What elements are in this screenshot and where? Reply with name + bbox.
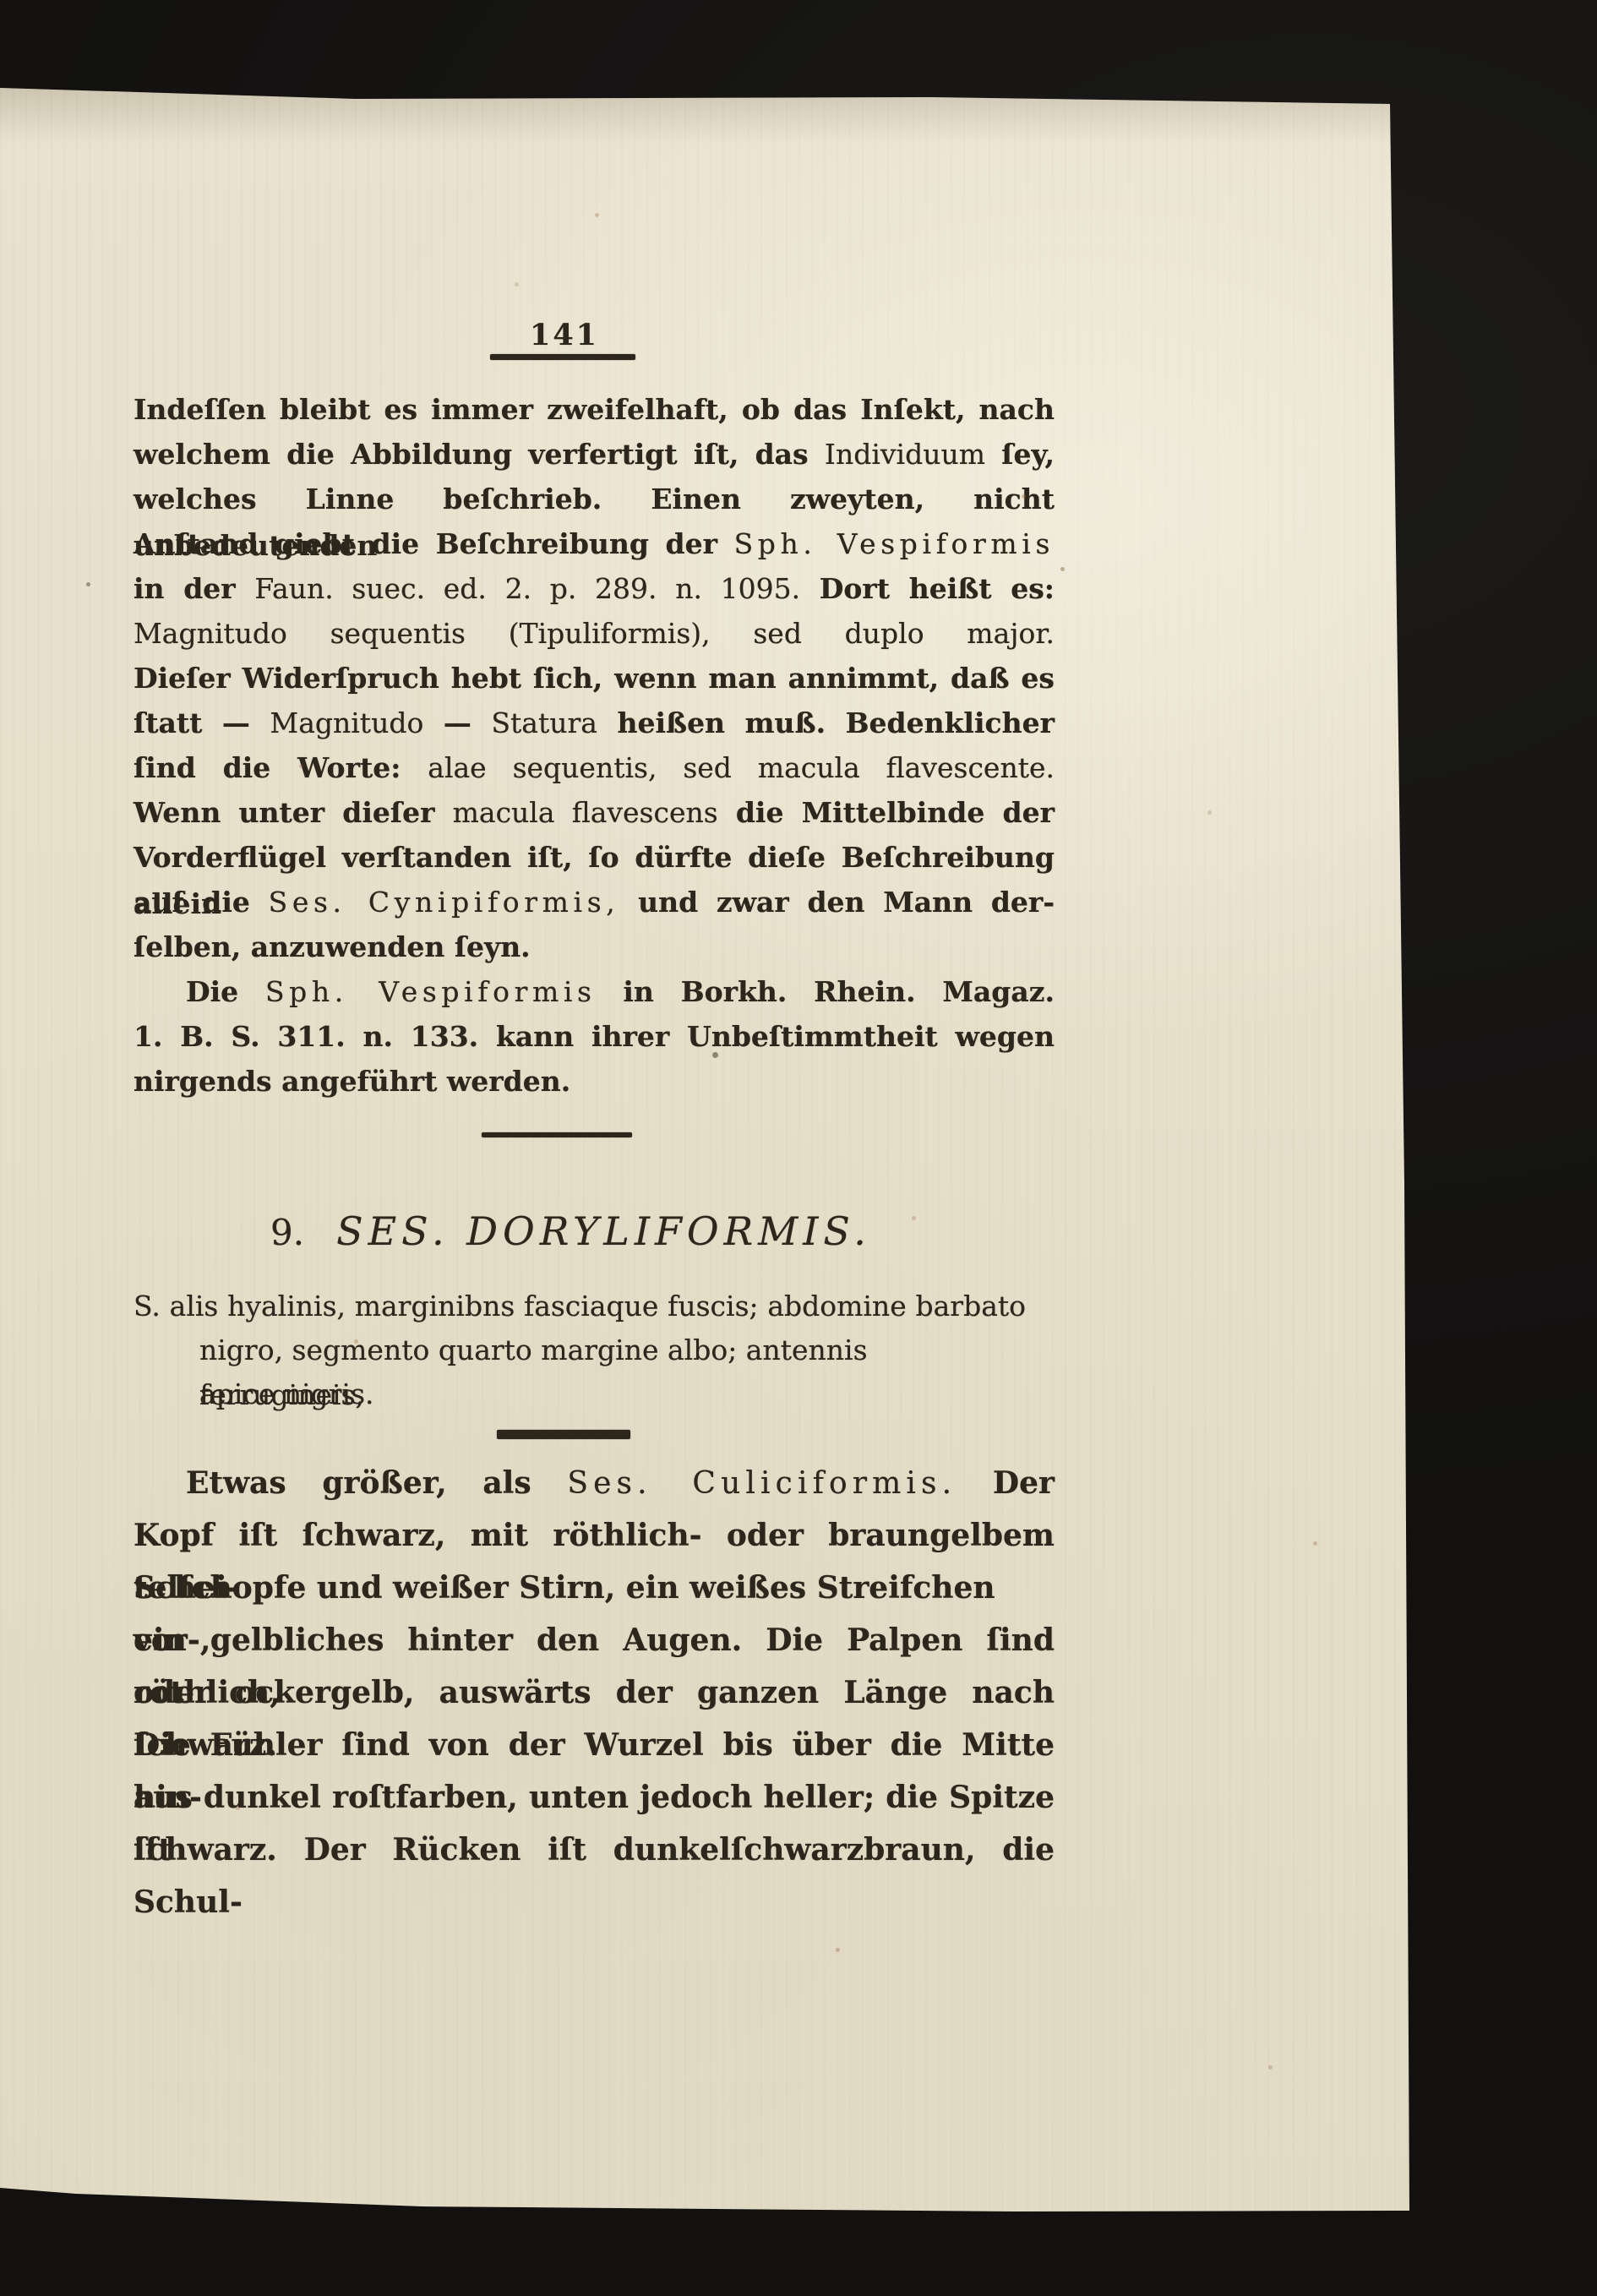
text-line: ſelben, anzuwenden ſeyn.: [134, 924, 1055, 969]
antiqua-text: Individuum: [825, 438, 985, 471]
fraktur-text: ſind die Worte:: [134, 751, 428, 784]
fraktur-text: nirgends angeführt werden.: [134, 1065, 570, 1098]
fraktur-text: Dort heißt es:: [800, 572, 1055, 605]
species-heading: 9. SES. DORYLIFORMIS.: [270, 1208, 871, 1254]
antiqua-text: alae sequentis, sed macula flavescente.: [428, 751, 1055, 784]
fraktur-text: Etwas größer, als: [186, 1465, 567, 1501]
fraktur-text: heißen muß. Bedenklicher: [597, 706, 1055, 739]
text-line: Vorderflügel verſtanden iſt, ſo dürfte d…: [134, 835, 1055, 880]
fraktur-text: ſchwarz. Der Rücken iſt dunkelſchwarzbra…: [134, 1832, 1055, 1920]
antiqua-text: Sph. Vespiformis: [734, 527, 1055, 560]
text-line: Kopf iſt ſchwarz, mit röthlich- oder bra…: [134, 1509, 1055, 1562]
antiqua-text: macula flavescens: [453, 796, 718, 829]
text-line: apice nigris.: [134, 1372, 1026, 1416]
antiqua-text: Magnitudo: [270, 706, 423, 739]
species-name: SES. DORYLIFORMIS.: [336, 1208, 871, 1254]
fraktur-text: in Borkh. Rhein. Magaz.: [597, 975, 1055, 1008]
page-number: 141: [530, 318, 599, 352]
text-line: auf die Ses. Cynipiformis, und zwar den …: [134, 880, 1055, 924]
antiqua-text: Magnitudo sequentis (Tipuliformis), sed …: [134, 617, 1055, 650]
latin-diagnosis: S. alis hyalinis, marginibns fasciaque f…: [134, 1284, 1026, 1416]
description-paragraph: Etwas größer, als Ses. Culiciformis. Der…: [134, 1457, 1055, 1876]
fraktur-text: Die: [186, 975, 265, 1008]
page-number-rule: [490, 354, 635, 360]
fraktur-text: ſelben, anzuwenden ſeyn.: [134, 930, 531, 963]
fraktur-text: welchem die Abbildung verfertigt iſt, da…: [134, 438, 825, 471]
scanned-book-photo: 141 Indeſſen bleibt es immer zweifelhaft…: [0, 0, 1597, 2296]
book-page: 141 Indeſſen bleibt es immer zweifelhaft…: [0, 0, 1597, 2296]
text-line: S. alis hyalinis, marginibns fasciaque f…: [134, 1284, 1026, 1328]
text-line: Indeſſen bleibt es immer zweifelhaft, ob…: [134, 387, 1055, 432]
section-divider-rule: [482, 1132, 632, 1137]
text-line: ſtatt — Magnitudo — Statura heißen muß. …: [134, 701, 1055, 745]
fraktur-text: ſey,: [985, 438, 1055, 471]
fraktur-text: Der: [957, 1465, 1055, 1501]
antiqua-text: apice nigris.: [199, 1377, 374, 1410]
antiqua-text: Sph. Vespiformis: [265, 975, 597, 1008]
fraktur-text: in der: [134, 572, 254, 605]
text-line: in der Faun. suec. ed. 2. p. 289. n. 109…: [134, 566, 1055, 611]
text-line: Etwas größer, als Ses. Culiciformis. Der: [134, 1457, 1055, 1509]
antiqua-text: Ses. Cynipiformis,: [269, 886, 620, 919]
reference-paragraph: Die Sph. Vespiformis in Borkh. Rhein. Ma…: [134, 969, 1055, 1104]
fraktur-text: Indeſſen bleibt es immer zweifelhaft, ob…: [134, 393, 1055, 426]
text-line: nigro, segmento quarto margine albo; ant…: [134, 1328, 1026, 1372]
text-line: Die Sph. Vespiformis in Borkh. Rhein. Ma…: [134, 969, 1055, 1014]
text-line: ſchwarz. Der Rücken iſt dunkelſchwarzbra…: [134, 1824, 1055, 1876]
body-paragraph-1: Indeſſen bleibt es immer zweifelhaft, ob…: [134, 387, 1055, 969]
paper-vignette: [0, 0, 1597, 2296]
text-line: oder ockergelb, auswärts der ganzen Läng…: [134, 1666, 1055, 1719]
text-line: telſchopfe und weißer Stirn, ein weißes …: [134, 1562, 1055, 1614]
fraktur-text: und zwar den Mann der-: [619, 886, 1055, 919]
fraktur-text: —: [423, 706, 491, 739]
text-line: Anſtand giebt die Beſchreibung der Sph. …: [134, 521, 1055, 566]
fraktur-text: die Mittelbinde der: [718, 796, 1055, 829]
text-line: welches Linne beſchrieb. Einen zweyten, …: [134, 477, 1055, 521]
text-line: Die Fühler ſind von der Wurzel bis über …: [134, 1719, 1055, 1771]
antiqua-text: Faun. suec. ed. 2. p. 289. n. 1095.: [254, 572, 800, 605]
diagnosis-divider-rule: [497, 1430, 630, 1439]
text-line: Wenn unter dieſer macula flavescens die …: [134, 790, 1055, 835]
fraktur-text: auf die: [134, 886, 269, 919]
species-number: 9.: [270, 1212, 304, 1253]
text-line: aus dunkel roſtfarben, unten jedoch hell…: [134, 1771, 1055, 1824]
fraktur-text: Anſtand giebt die Beſchreibung der: [134, 527, 734, 560]
fraktur-text: ſtatt —: [134, 706, 270, 739]
text-line: 1. B. S. 311. n. 133. kann ihrer Unbeſti…: [134, 1014, 1055, 1059]
fraktur-text: Dieſer Widerſpruch hebt ſich, wenn man a…: [134, 662, 1055, 695]
fraktur-text: Wenn unter dieſer: [134, 796, 453, 829]
text-line: nirgends angeführt werden.: [134, 1059, 1055, 1104]
text-line: Dieſer Widerſpruch hebt ſich, wenn man a…: [134, 656, 1055, 701]
antiqua-text: S. alis hyalinis, marginibns fasciaque f…: [134, 1290, 1026, 1323]
foxing-specks: [0, 0, 3, 3]
antiqua-text: Ses. Culiciformis.: [567, 1466, 957, 1501]
text-line: ein gelbliches hinter den Augen. Die Pal…: [134, 1614, 1055, 1666]
text-line: welchem die Abbildung verfertigt iſt, da…: [134, 432, 1055, 477]
text-line: Magnitudo sequentis (Tipuliformis), sed …: [134, 611, 1055, 656]
fraktur-text: 1. B. S. 311. n. 133. kann ihrer Unbeſti…: [134, 1020, 1055, 1053]
text-line: ſind die Worte: alae sequentis, sed macu…: [134, 745, 1055, 790]
antiqua-text: Statura: [491, 706, 597, 739]
